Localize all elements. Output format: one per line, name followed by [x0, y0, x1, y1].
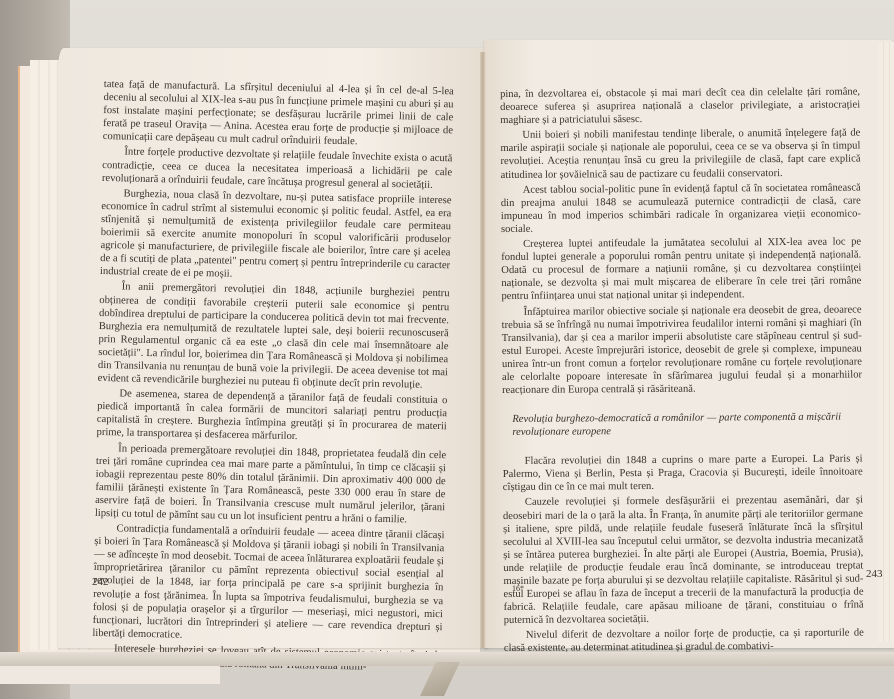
section-heading: Revoluția burghezo-democratică a românil…: [512, 411, 862, 439]
paragraph: Înfăptuirea marilor obiective sociale și…: [502, 303, 863, 397]
book-gutter: [480, 52, 486, 648]
paragraph: Unii boieri și nobili manifestau tendinț…: [500, 127, 860, 182]
paragraph: Acest tablou social-politic pune în evid…: [501, 181, 861, 236]
page-number-left: 242: [92, 576, 109, 588]
paragraph: Creșterea luptei antifeudale la jumătate…: [501, 236, 861, 304]
paragraph: În perioada premergătoare revoluției din…: [95, 441, 447, 527]
right-page-text: pina, în dezvoltarea ei, obstacole și ma…: [500, 85, 864, 657]
paragraph: În anii premergători revoluției din 1848…: [98, 280, 450, 392]
cover-flap: [0, 666, 220, 684]
paragraph: pina, în dezvoltarea ei, obstacole și ma…: [500, 85, 860, 127]
paragraph: Cauzele revoluției și formele desfășurăr…: [503, 494, 864, 627]
right-page-stack: [878, 42, 894, 642]
paragraph: Contradicția fundamentală a orînduirii f…: [92, 522, 444, 647]
paragraph: Burghezia, noua clasă în dezvoltare, nu-…: [100, 187, 452, 286]
paragraph: De asemenea, starea de dependență a țăra…: [96, 387, 447, 447]
signature-mark: 16*: [512, 584, 524, 593]
left-page-text: tatea față de manufactură. La sfîrșitul …: [92, 78, 454, 677]
page-number-right: 243: [866, 568, 883, 580]
paragraph: tatea față de manufactură. La sfîrșitul …: [103, 78, 454, 151]
paragraph: Între forțele productive dezvoltate și r…: [102, 145, 453, 192]
paragraph: Flacăra revoluției din 1848 a cuprins o …: [503, 453, 863, 495]
